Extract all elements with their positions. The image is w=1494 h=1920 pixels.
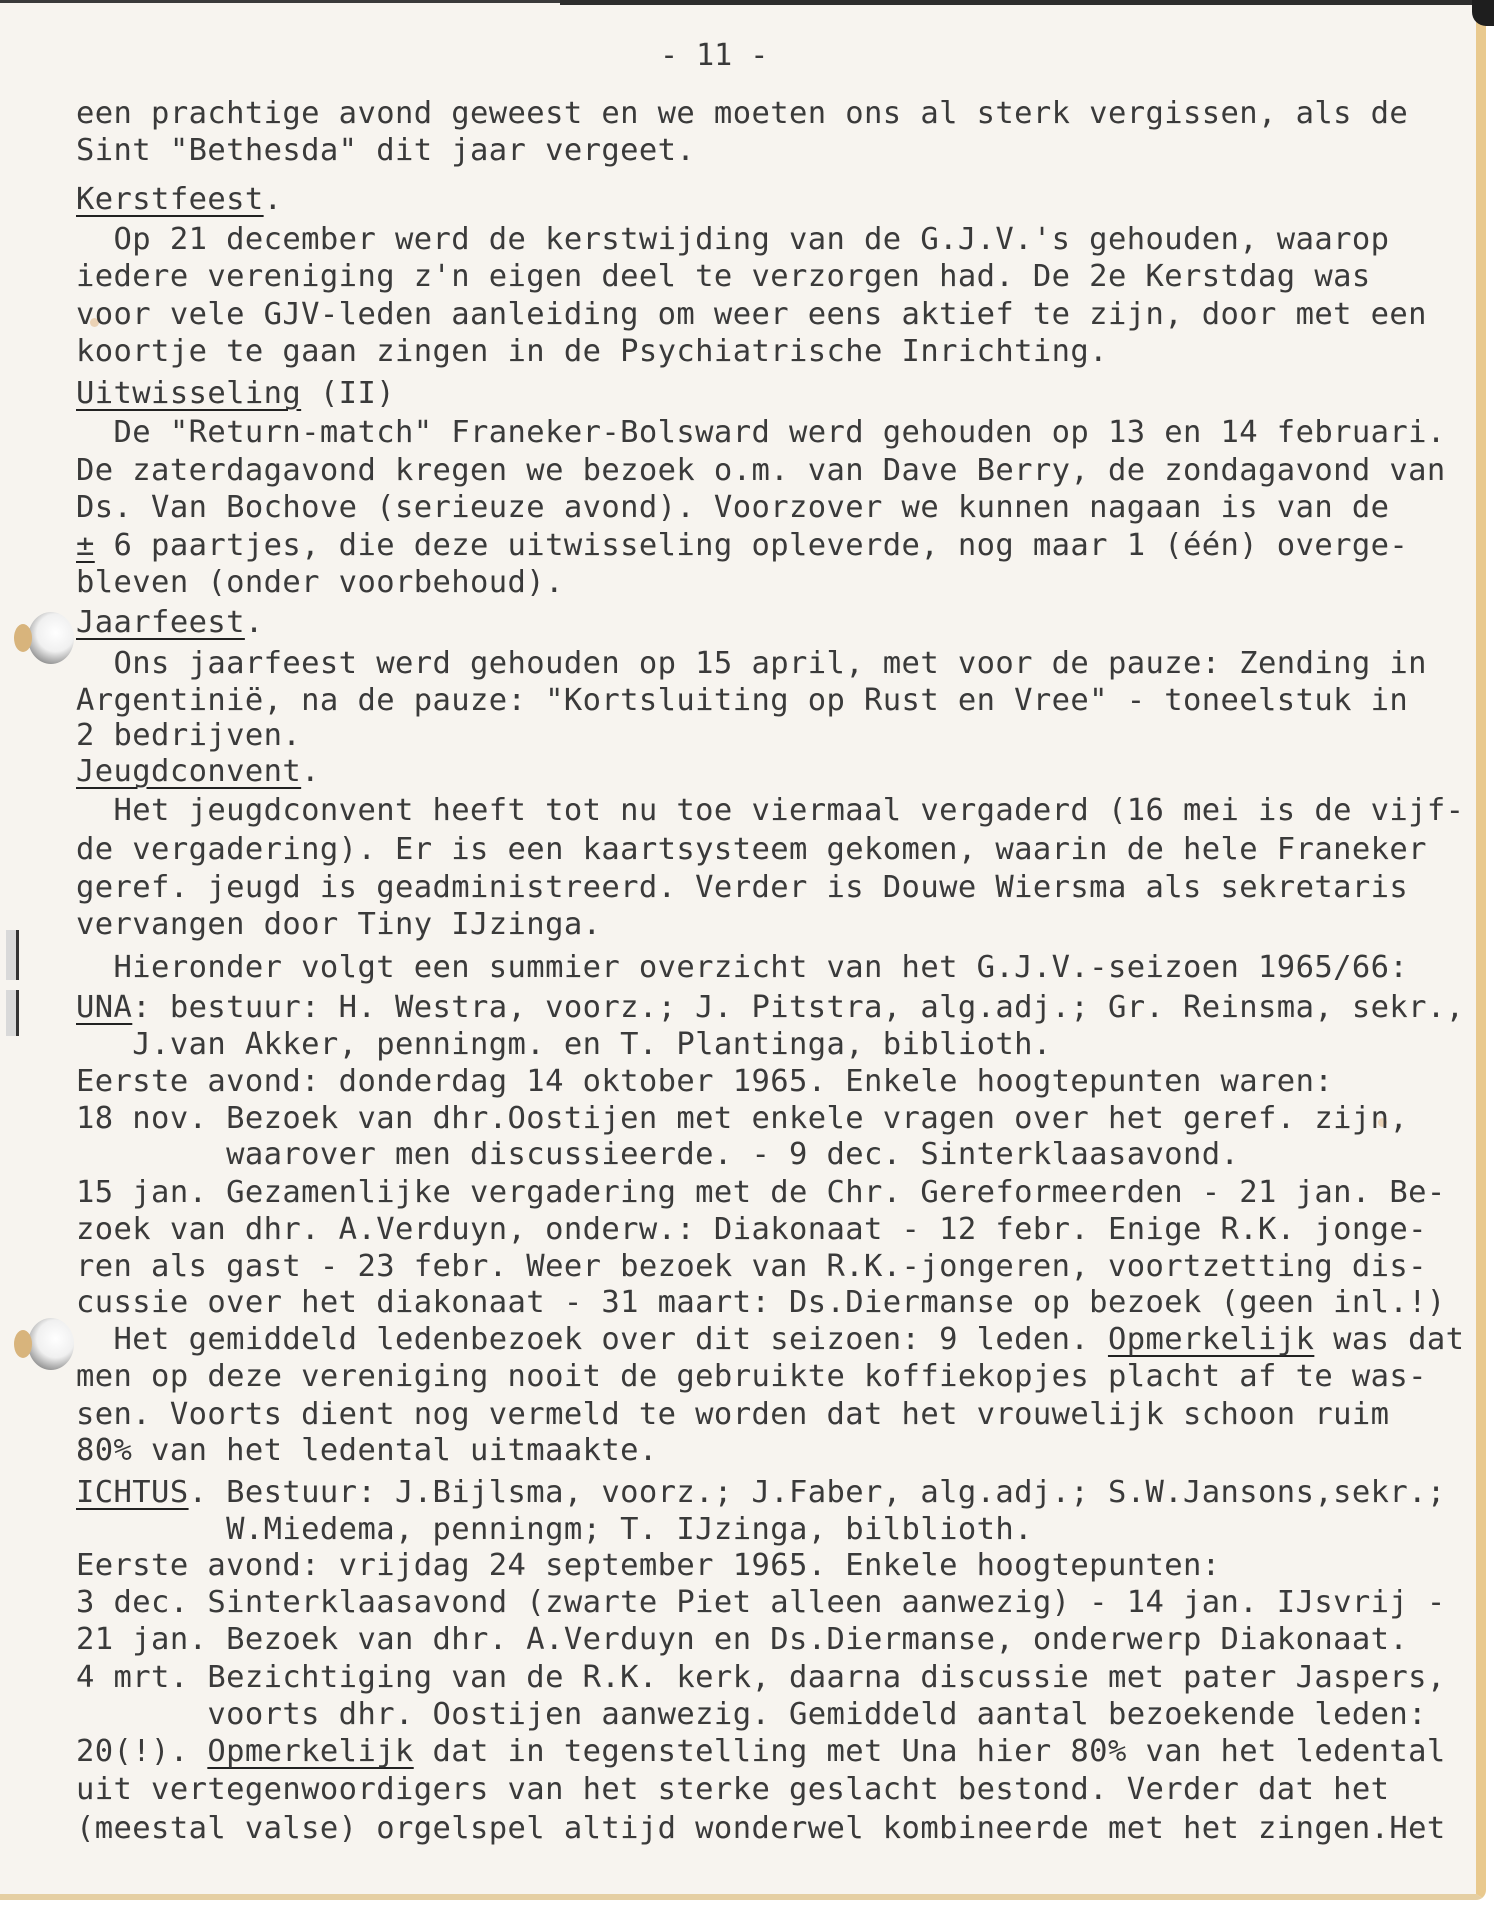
text-line: Eerste avond: donderdag 14 oktober 1965.…: [76, 1062, 1333, 1102]
text-span: Het gemiddeld ledenbezoek over dit seizo…: [76, 1322, 1108, 1357]
text-line: De zaterdagavond kregen we bezoek o.m. v…: [76, 451, 1446, 491]
scan-edge-top: [560, 0, 1494, 5]
text-line: voor vele GJV-leden aanleiding om weer e…: [76, 295, 1427, 335]
text-line: Op 21 december werd de kerstwijding van …: [76, 220, 1389, 260]
text-line: 80% van het ledental uitmaakte.: [76, 1431, 658, 1471]
text-line: 15 jan. Gezamenlijke vergadering met de …: [76, 1173, 1446, 1213]
text-line: Sint "Bethesda" dit jaar vergeet.: [76, 131, 695, 171]
binder-hole-top: [28, 612, 74, 664]
text-line: de vergadering). Er is een kaartsysteem …: [76, 830, 1427, 870]
text-line: J.van Akker, penningm. en T. Plantinga, …: [76, 1025, 1052, 1065]
text-line: vervangen door Tiny IJzinga.: [76, 905, 601, 945]
page-number: - 11 -: [660, 38, 768, 73]
text-line: uit vertegenwoordigers van het sterke ge…: [76, 1770, 1389, 1810]
heading-suffix: (II): [301, 376, 395, 411]
heading-punct: .: [264, 182, 283, 217]
text-line: voorts dhr. Oostijen aanwezig. Gemiddeld…: [76, 1695, 1427, 1735]
text-line: 2 bedrijven.: [76, 716, 301, 756]
text-line: Ons jaarfeest werd gehouden op 15 april,…: [76, 644, 1427, 684]
emphasis-opmerkelijk: Opmerkelijk: [1108, 1322, 1314, 1357]
text-line: (meestal valse) orgelspel altijd wonderw…: [76, 1809, 1446, 1849]
text-span: : bestuur: H. Westra, voorz.; J. Pitstra…: [132, 990, 1464, 1025]
heading-jaarfeest: Jaarfeest: [76, 605, 245, 640]
ichtus-board: ICHTUS. Bestuur: J.Bijlsma, voorz.; J.Fa…: [76, 1473, 1446, 1513]
text-line: men op deze vereniging nooit de gebruikt…: [76, 1357, 1427, 1397]
heading-kerstfeest: Kerstfeest: [76, 182, 264, 217]
text-line: 4 mrt. Bezichtiging van de R.K. kerk, da…: [76, 1658, 1446, 1698]
una-board: UNA: bestuur: H. Westra, voorz.; J. Pits…: [76, 988, 1464, 1028]
text-line: bleven (onder voorbehoud).: [76, 563, 564, 603]
binder-hole-bottom: [28, 1318, 74, 1370]
text-line: De "Return-match" Franeker-Bolsward werd…: [76, 413, 1446, 453]
text-line: sen. Voorts dient nog vermeld te worden …: [76, 1395, 1389, 1435]
text-line: ren als gast - 23 febr. Weer bezoek van …: [76, 1247, 1427, 1287]
text-line: 20(!). Opmerkelijk dat in tegenstelling …: [76, 1732, 1446, 1772]
text-line: Hieronder volgt een summier overzicht va…: [76, 948, 1408, 988]
binder-slot-2: [6, 990, 19, 1036]
emphasis-opmerkelijk: Opmerkelijk: [207, 1734, 413, 1769]
heading-ichtus: ICHTUS: [76, 1475, 189, 1510]
text-line: zoek van dhr. A.Verduyn, onderw.: Diakon…: [76, 1210, 1427, 1250]
text-line: geref. jeugd is geadministreerd. Verder …: [76, 868, 1408, 908]
text-line: 18 nov. Bezoek van dhr.Oostijen met enke…: [76, 1099, 1408, 1139]
text-line: cussie over het diakonaat - 31 maart: Ds…: [76, 1283, 1446, 1323]
text-span: 20(!).: [76, 1734, 207, 1769]
section-uitwisseling: Uitwisseling (II): [76, 374, 395, 414]
text-line: Het jeugdconvent heeft tot nu toe vierma…: [76, 791, 1464, 831]
text-line: waarover men discussieerde. - 9 dec. Sin…: [76, 1135, 1239, 1175]
text-line: koortje te gaan zingen in de Psychiatris…: [76, 332, 1108, 372]
text-line: Eerste avond: vrijdag 24 september 1965.…: [76, 1546, 1221, 1586]
heading-uitwisseling: Uitwisseling: [76, 376, 301, 411]
heading-jeugdconvent: Jeugdconvent: [76, 754, 301, 789]
text-line: Argentinië, na de pauze: "Kortsluiting o…: [76, 681, 1408, 721]
text-line: iedere vereniging z'n eigen deel te verz…: [76, 257, 1371, 297]
heading-una: UNA: [76, 990, 132, 1025]
heading-punct: .: [301, 754, 320, 789]
text-span: 6 paartjes, die deze uitwisseling opleve…: [95, 528, 1408, 563]
section-jeugdconvent: Jeugdconvent.: [76, 752, 320, 792]
text-line: W.Miedema, penningm; T. IJzinga, bilblio…: [76, 1510, 1033, 1550]
text-line: Het gemiddeld ledenbezoek over dit seizo…: [76, 1320, 1464, 1360]
section-jaarfeest: Jaarfeest.: [76, 603, 264, 643]
text-line: 21 jan. Bezoek van dhr. A.Verduyn en Ds.…: [76, 1620, 1408, 1660]
heading-punct: .: [245, 605, 264, 640]
text-span: . Bestuur: J.Bijlsma, voorz.; J.Faber, a…: [189, 1475, 1446, 1510]
plus-minus-sign: ±: [76, 528, 95, 563]
text-line: Ds. Van Bochove (serieuze avond). Voorzo…: [76, 488, 1389, 528]
text-line: 3 dec. Sinterklaasavond (zwarte Piet all…: [76, 1583, 1446, 1623]
text-line: ± 6 paartjes, die deze uitwisseling ople…: [76, 526, 1408, 566]
section-kerstfeest: Kerstfeest.: [76, 180, 282, 220]
text-line: een prachtige avond geweest en we moeten…: [76, 94, 1408, 134]
text-span: dat in tegenstelling met Una hier 80% va…: [414, 1734, 1446, 1769]
text-span: was dat: [1314, 1322, 1464, 1357]
binder-slot-1: [6, 930, 19, 980]
